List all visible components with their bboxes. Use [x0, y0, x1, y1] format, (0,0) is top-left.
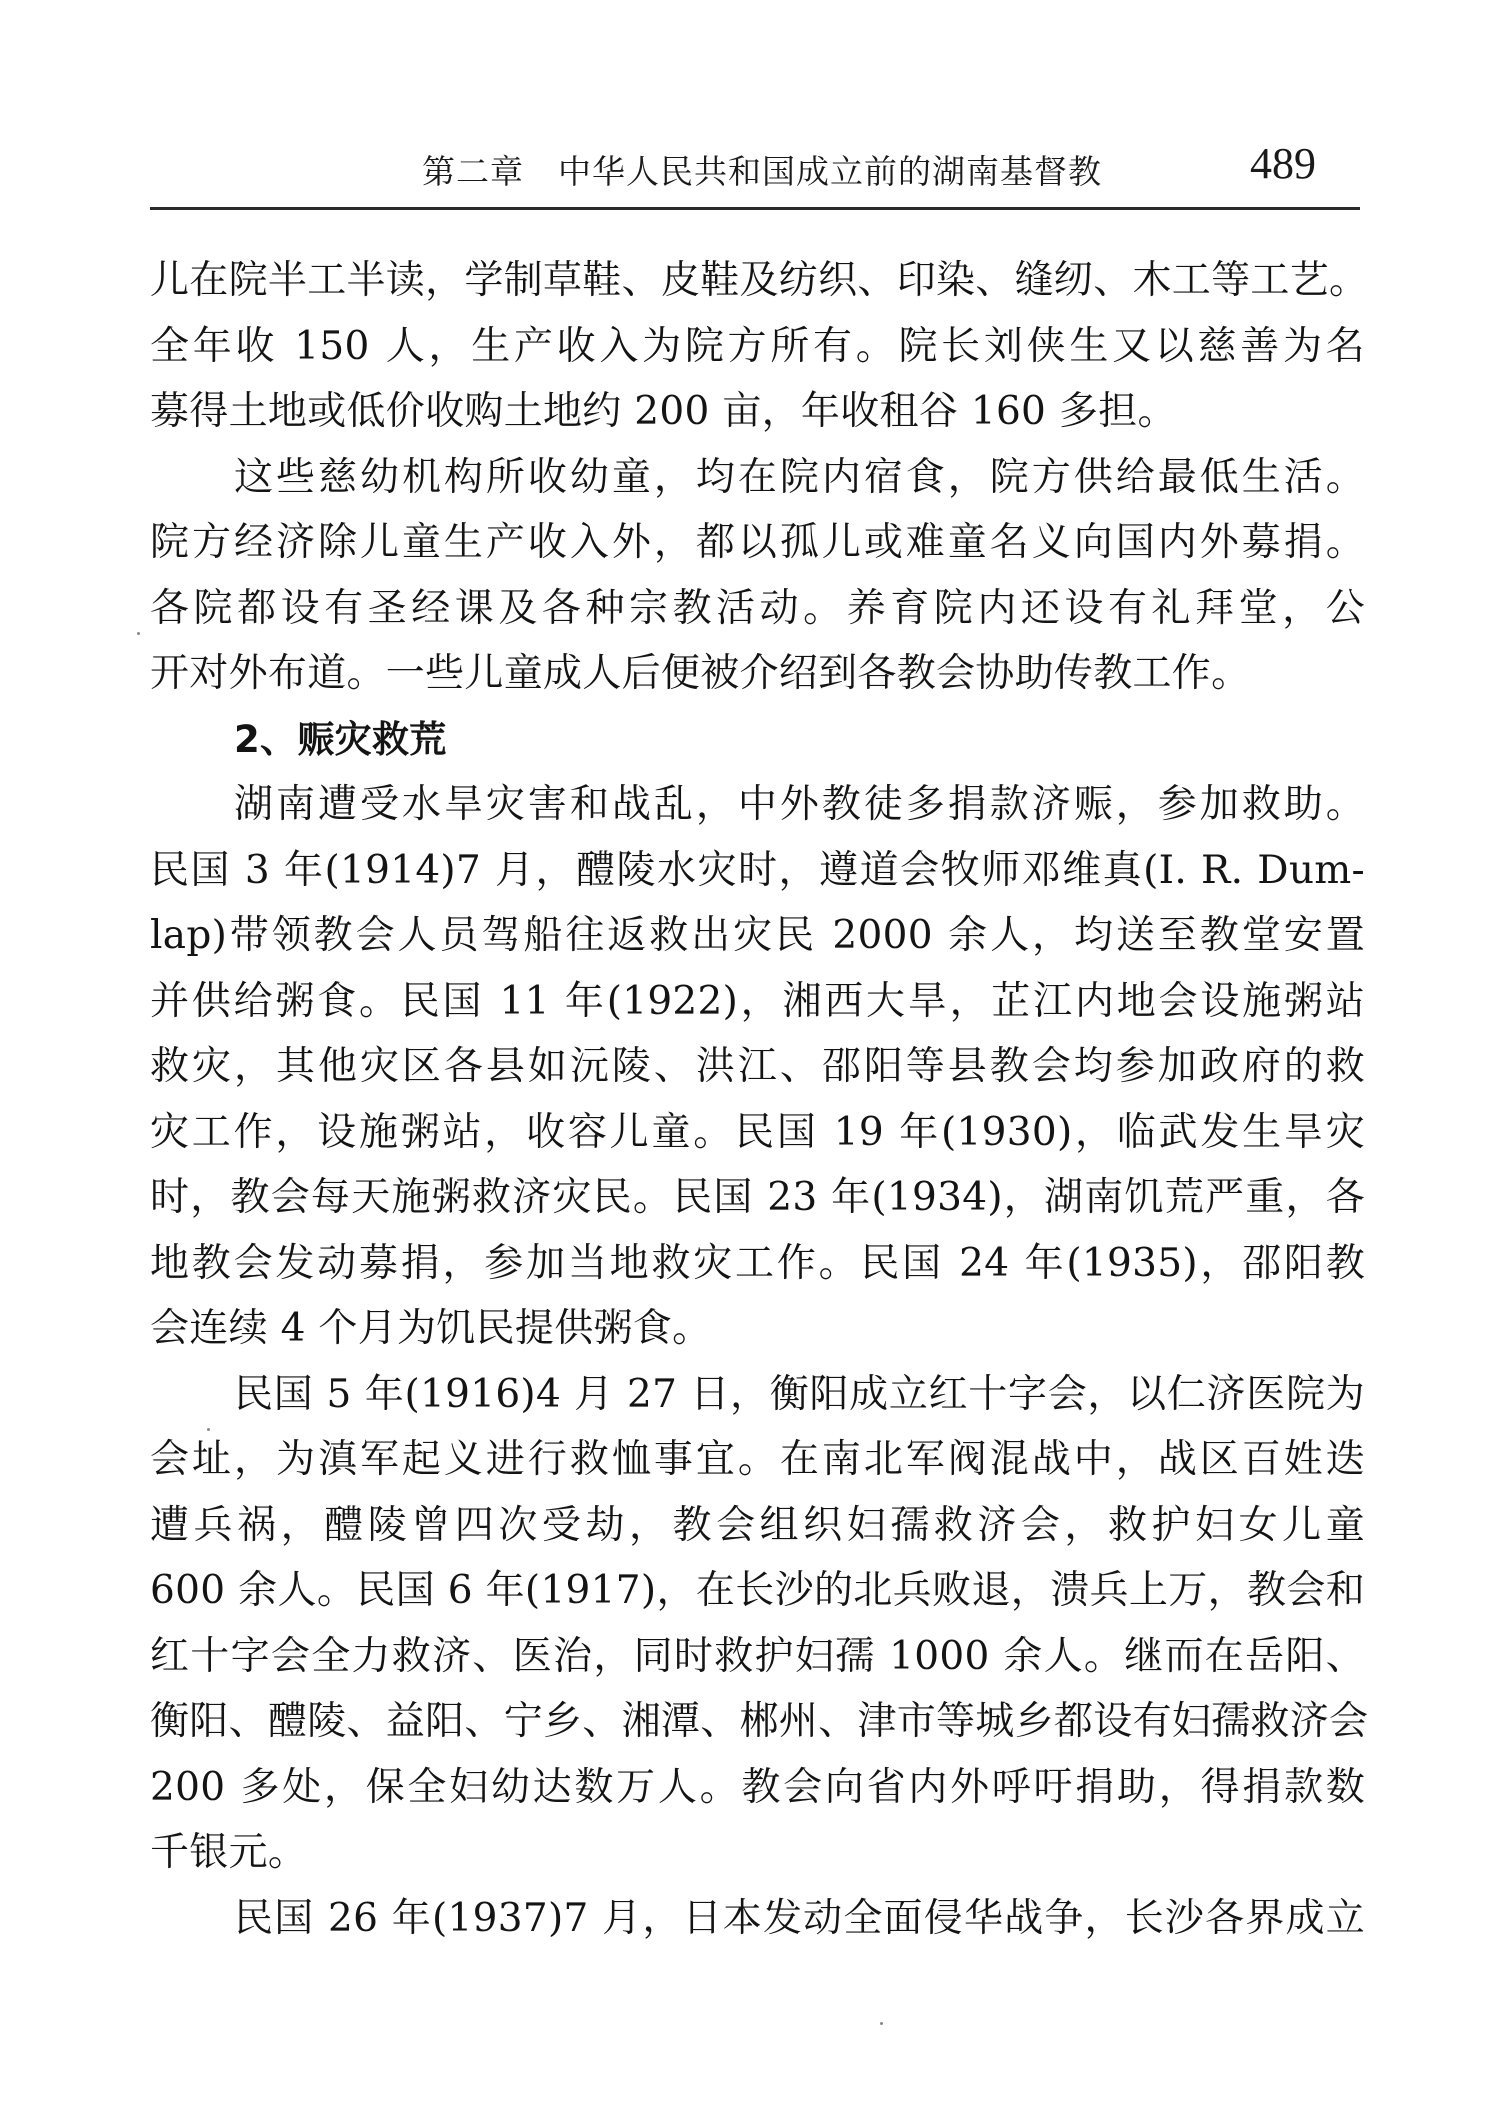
section-heading: 2、赈灾救荒	[150, 707, 1365, 773]
scan-speck	[207, 1428, 210, 1431]
scan-speck	[880, 2022, 883, 2025]
text-line: 时，教会每天施粥救济灾民。民国 23 年(1934)，湖南饥荒严重，各	[150, 1165, 1365, 1231]
text-line: 地教会发动募捐，参加当地救灾工作。民国 24 年(1935)，邵阳教	[150, 1231, 1365, 1297]
text-line: 灾工作，设施粥站，收容儿童。民国 19 年(1930)，临武发生旱灾	[150, 1100, 1365, 1166]
text-line: 衡阳、醴陵、益阳、宁乡、湘潭、郴州、津市等城乡都设有妇孺救济会	[150, 1689, 1365, 1755]
scan-speck	[137, 632, 140, 635]
paragraph-first-line: 民国 5 年(1916)4 月 27 日，衡阳成立红十字会，以仁济医院为	[150, 1362, 1365, 1428]
text-line: 红十字会全力救济、医治，同时救护妇孺 1000 余人。继而在岳阳、	[150, 1624, 1365, 1690]
text-line: 千银元。	[150, 1820, 1365, 1886]
text-line: 各院都设有圣经课及各种宗教活动。养育院内还设有礼拜堂，公	[150, 576, 1365, 642]
paragraph-first-line: 湖南遭受水旱灾害和战乱，中外教徒多捐款济赈，参加救助。	[150, 772, 1365, 838]
text-line: 全年收 150 人，生产收入为院方所有。院长刘侠生又以慈善为名	[150, 314, 1365, 380]
text-line: 募得土地或低价收购土地约 200 亩，年收租谷 160 多担。	[150, 379, 1365, 445]
page-number: 489	[1250, 138, 1316, 189]
text-line: 民国 3 年(1914)7 月，醴陵水灾时，遵道会牧师邓维真(I. R. Dum…	[150, 838, 1365, 904]
text-line: lap)带领教会人员驾船往返救出灾民 2000 余人，均送至教堂安置	[150, 903, 1365, 969]
text-line: 遭兵祸，醴陵曾四次受劫，教会组织妇孺救济会，救护妇女儿童	[150, 1493, 1365, 1559]
text-line: 儿在院半工半读，学制草鞋、皮鞋及纺织、印染、缝纫、木工等工艺。	[150, 248, 1365, 314]
text-line: 救灾，其他灾区各县如沅陵、洪江、邵阳等县教会均参加政府的救	[150, 1034, 1365, 1100]
text-line: 600 余人。民国 6 年(1917)，在长沙的北兵败退，溃兵上万，教会和	[150, 1558, 1365, 1624]
text-line: 会址，为滇军起义进行救恤事宜。在南北军阀混战中，战区百姓迭	[150, 1427, 1365, 1493]
header-rule	[150, 207, 1360, 210]
chapter-title: 第二章 中华人民共和国成立前的湖南基督教	[422, 146, 1102, 193]
text-line: 开对外布道。一些儿童成人后便被介绍到各教会协助传教工作。	[150, 641, 1365, 707]
book-page: 第二章 中华人民共和国成立前的湖南基督教 489 儿在院半工半读，学制草鞋、皮鞋…	[0, 0, 1500, 2126]
text-line: 并供给粥食。民国 11 年(1922)，湘西大旱，芷江内地会设施粥站	[150, 969, 1365, 1035]
body-text: 儿在院半工半读，学制草鞋、皮鞋及纺织、印染、缝纫、木工等工艺。 全年收 150 …	[150, 248, 1365, 1951]
paragraph-first-line: 民国 26 年(1937)7 月，日本发动全面侵华战争，长沙各界成立	[150, 1886, 1365, 1952]
text-line: 会连续 4 个月为饥民提供粥食。	[150, 1296, 1365, 1362]
text-line: 院方经济除儿童生产收入外，都以孤儿或难童名义向国内外募捐。	[150, 510, 1365, 576]
text-line: 200 多处，保全妇幼达数万人。教会向省内外呼吁捐助，得捐款数	[150, 1755, 1365, 1821]
running-header: 第二章 中华人民共和国成立前的湖南基督教 489	[150, 138, 1350, 198]
paragraph-first-line: 这些慈幼机构所收幼童，均在院内宿食，院方供给最低生活。	[150, 445, 1365, 511]
